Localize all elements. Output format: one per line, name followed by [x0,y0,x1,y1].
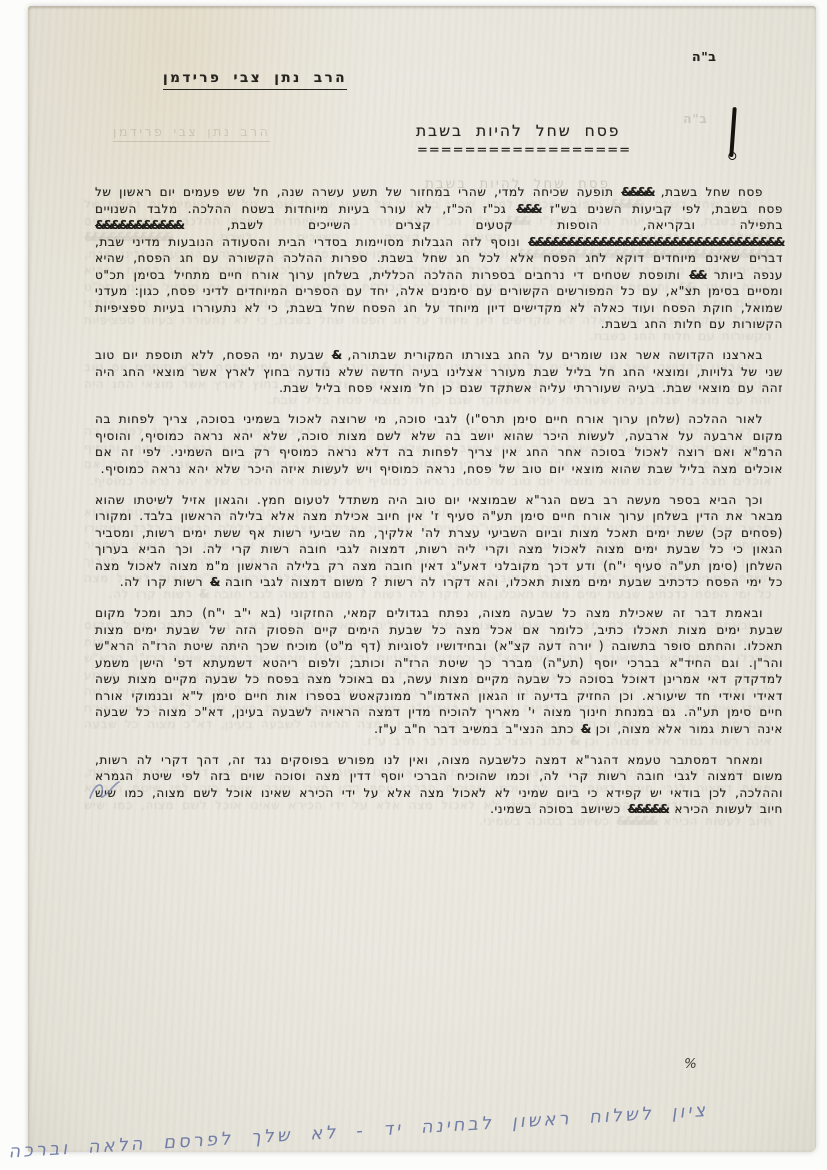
percent-mark: % [684,1056,697,1072]
body-paragraphs: פסח שחל בשבת, &&&& תופעה שכיחה למדי, שהר… [95,184,783,832]
paragraph: לאור ההלכה (שלחן ערוך אורח חיים סימן תרס… [95,411,783,477]
ghost-besed-text: ב"ה [683,111,708,128]
struck-over-text: &&& [516,202,540,216]
struck-over-text: & [210,575,218,589]
struck-over-text: &&&&& [628,802,668,816]
struck-over-text: &&&&&&&&&&& [95,218,183,232]
author-header: הרב נתן צבי פרידמן [163,70,347,90]
paragraph: ובאמת דבר זה שאכילת מצה כל שבעה מצוה, נפ… [95,605,783,737]
struck-over-text: &&&&&&&&&&&&&&&&&&&&&&&&&&&&&&&& [528,235,783,249]
paragraph: פסח שחל בשבת, &&&& תופעה שכיחה למדי, שהר… [95,184,783,333]
paragraph: בארצנו הקדושה אשר אנו שומרים על החג בצור… [95,347,783,397]
scanned-document: { "page": { "besed": "ב\"ה", "author_hea… [0,0,827,1170]
struck-over-text: &&&& [621,185,653,199]
besed-text: ב"ה [692,49,717,66]
page-title: פסח שחל להיות בשבת [416,123,620,140]
ghost-author-header: הרב נתן צבי פרידמן [113,124,270,142]
title-underline: ================== [417,147,631,155]
paragraph: וכך הביא בספר מעשה רב בשם הגר"א שבמוצאי … [95,492,783,591]
paragraph: ומאחר דמסתבר טעמא דהגר"א דמצה כלשבעה מצו… [95,752,783,818]
struck-over-text: & [332,348,340,362]
struck-over-text: & [581,722,589,736]
struck-over-text: && [689,268,705,282]
margin-scribble [88,778,122,804]
